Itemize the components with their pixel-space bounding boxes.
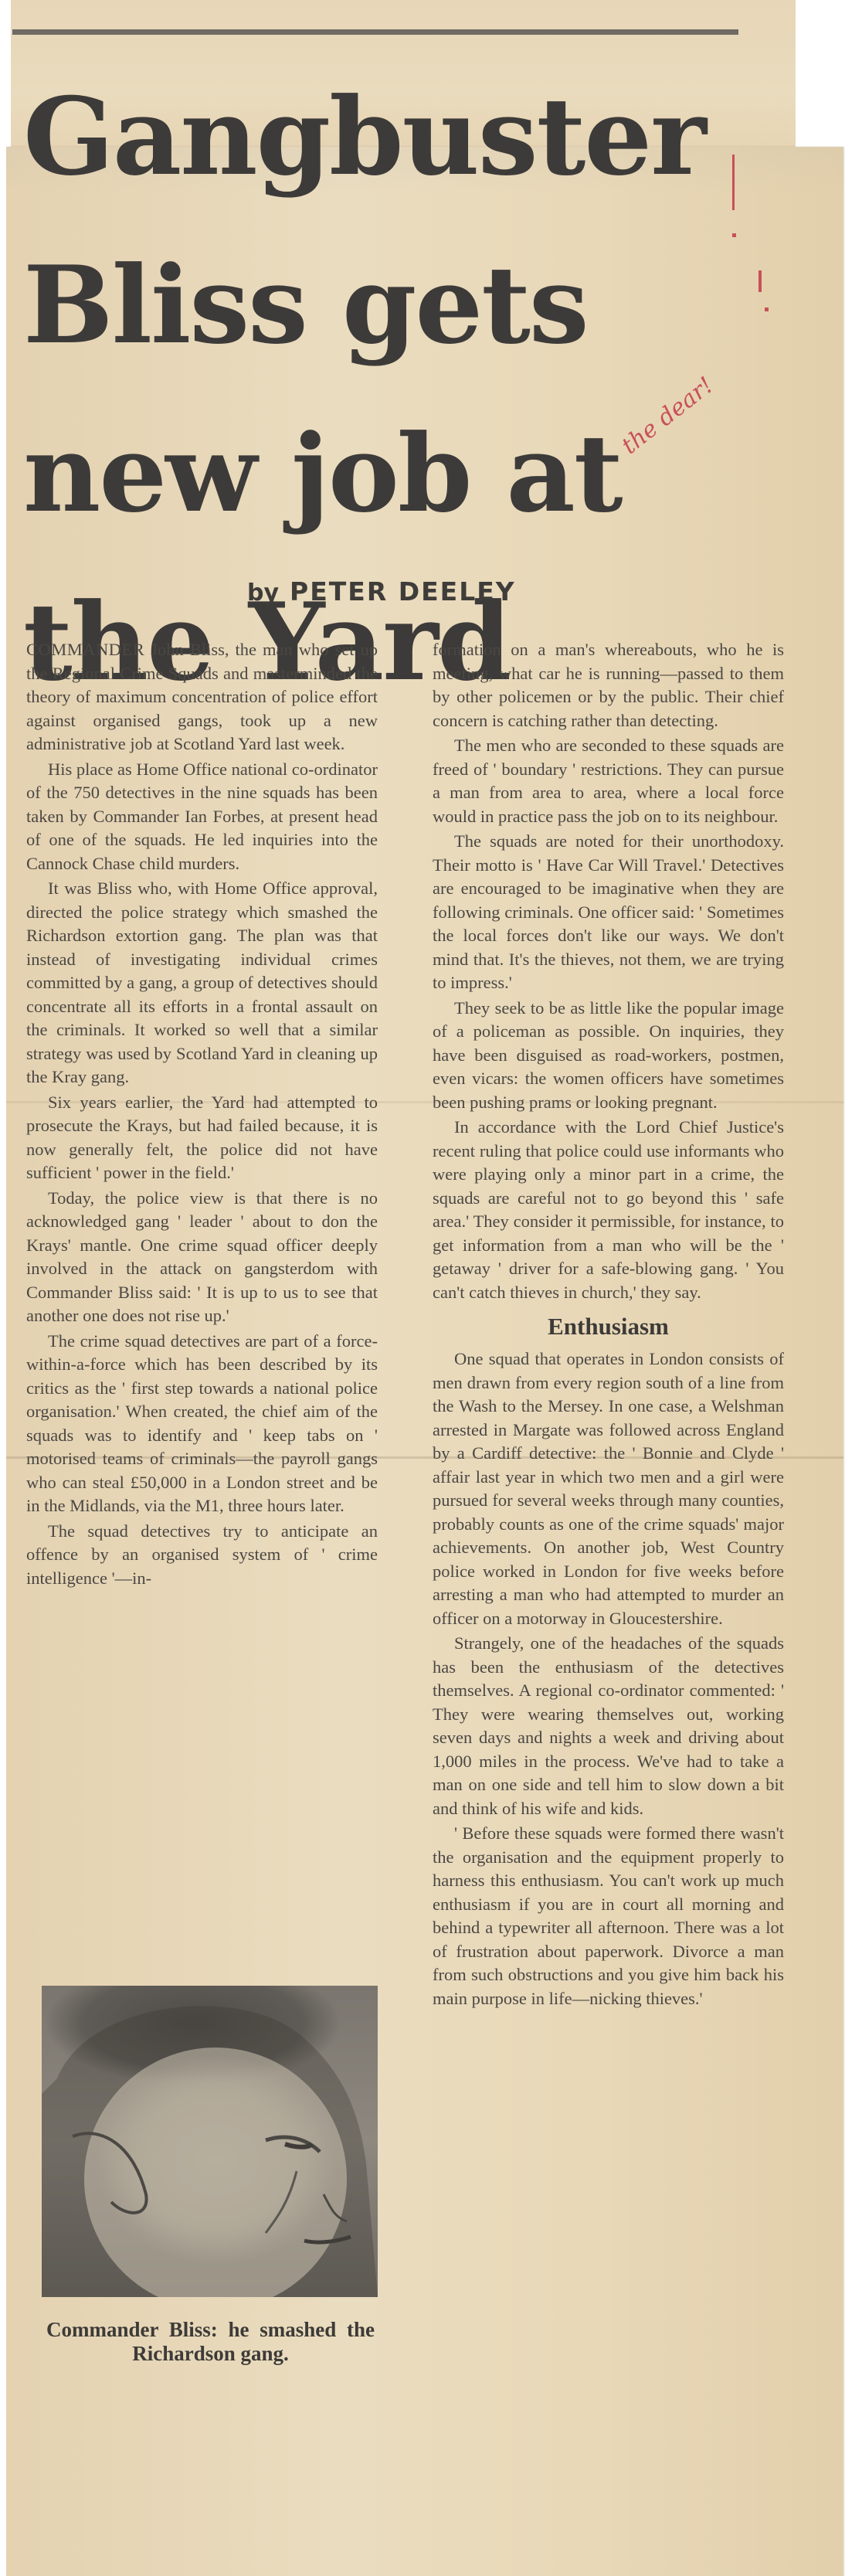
byline: byPETER DEELEY — [247, 576, 516, 607]
exclamation-mark-dot — [732, 233, 736, 237]
paragraph: The men who are seconded to these squads… — [433, 734, 784, 828]
paragraph: In accordance with the Lord Chief Justic… — [433, 1116, 784, 1304]
paragraph: formation on a man's whereabouts, who he… — [433, 638, 784, 732]
paragraph: Six years earlier, the Yard had attempte… — [26, 1091, 378, 1185]
paragraph: One squad that operates in London consis… — [433, 1347, 784, 1630]
paragraph: His place as Home Office national co-ord… — [26, 758, 378, 876]
paragraph: They seek to be as little like the popul… — [433, 997, 784, 1115]
paragraph: The squads are noted for their unorthodo… — [433, 830, 784, 995]
subheading: Enthusiasm — [433, 1309, 784, 1344]
paragraph: Today, the police view is that there is … — [26, 1187, 378, 1328]
headline-line: Bliss gets — [23, 221, 718, 389]
portrait-photo — [42, 1986, 378, 2297]
headline-line: new job at — [23, 389, 718, 558]
portrait-illustration — [42, 1986, 378, 2297]
photo-caption: Commander Bliss: he smashed the Richards… — [46, 2318, 375, 2366]
exclamation-mark-stroke — [732, 155, 735, 210]
byline-prefix: by — [247, 579, 279, 607]
exclamation-mark-stroke — [758, 270, 762, 292]
paragraph: COMMANDER John Bliss, the man who set up… — [26, 638, 378, 756]
headline: Gangbuster Bliss gets new job at the Yar… — [23, 53, 718, 726]
article-column-right: formation on a man's whereabouts, who he… — [433, 638, 784, 2010]
paragraph: The squad detectives try to anticipate a… — [26, 1520, 378, 1591]
paragraph: It was Bliss who, with Home Office appro… — [26, 877, 378, 1089]
byline-author: PETER DEELEY — [290, 576, 516, 607]
lead-kicker: COMMANDER — [26, 640, 144, 659]
headline-line: Gangbuster — [23, 53, 718, 221]
exclamation-mark-dot — [765, 308, 769, 311]
paragraph: The crime squad detectives are part of a… — [26, 1330, 378, 1518]
top-rule — [12, 29, 738, 35]
paragraph: ' Before these squads were formed there … — [433, 1822, 784, 2010]
article-column-left: COMMANDER John Bliss, the man who set up… — [26, 638, 378, 1590]
paragraph: Strangely, one of the headaches of the s… — [433, 1632, 784, 1820]
